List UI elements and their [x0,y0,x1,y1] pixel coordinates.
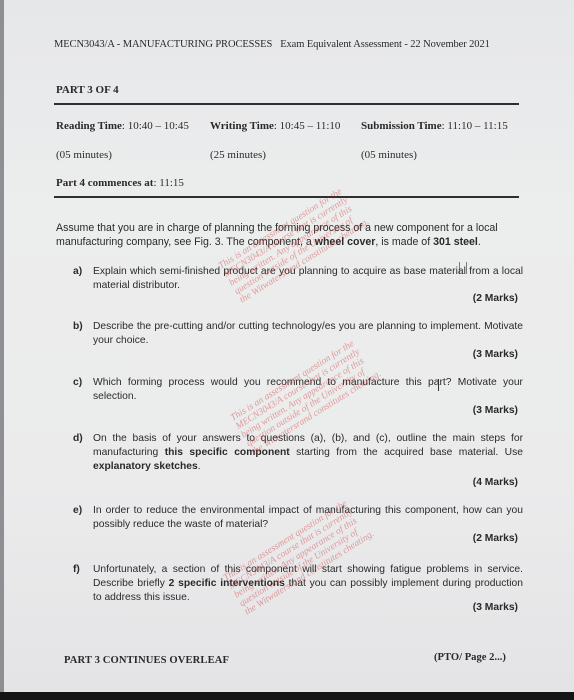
question-a: a) Explain which semi-finished product a… [73,265,523,293]
question-f: f) Unfortunately, a section of this comp… [73,563,523,605]
document-header: MECN3043/A - MANUFACTURING PROCESSESExam… [54,39,490,50]
divider [54,196,519,198]
question-text: On the basis of your answers to question… [93,432,523,474]
divider [54,103,519,105]
writing-duration: (25 minutes) [210,149,266,161]
marks-c: (3 Marks) [473,405,518,416]
question-label: c) [73,376,82,390]
exam-page: MECN3043/A - MANUFACTURING PROCESSESExam… [0,0,574,692]
question-e: e) In order to reduce the environmental … [73,504,523,532]
screen-bezel [0,692,574,700]
text-caret [438,379,439,391]
marks-a: (2 Marks) [473,293,518,304]
question-text: In order to reduce the environmental imp… [93,504,523,532]
question-text: Unfortunately, a section of this compone… [93,563,523,605]
question-label: f) [73,563,80,577]
question-label: b) [73,320,83,334]
question-text: Which forming process would you recommen… [93,376,523,404]
marks-f: (3 Marks) [473,602,518,613]
marks-d: (4 Marks) [473,477,518,488]
part-title: PART 3 OF 4 [56,84,119,96]
marks-e: (2 Marks) [473,533,518,544]
course-title: MECN3043/A - MANUFACTURING PROCESSES [54,39,272,50]
part4-commence: Part 4 commences at: 11:15 [56,177,184,189]
question-c: c) Which forming process would you recom… [73,376,523,404]
reading-time: Reading Time: 10:40 – 10:45 [56,120,189,132]
intro-paragraph: Assume that you are in charge of plannin… [56,221,526,249]
question-b: b) Describe the pre-cutting and/or cutti… [73,320,523,348]
footer-continues: PART 3 CONTINUES OVERLEAF [64,655,229,666]
question-label: d) [73,432,83,446]
question-label: a) [73,265,82,279]
submission-duration: (05 minutes) [361,149,417,161]
question-d: d) On the basis of your answers to quest… [73,432,523,474]
marks-b: (3 Marks) [473,349,518,360]
assessment-title: Exam Equivalent Assessment - 22 November… [280,39,490,50]
text-cursor-icon [459,262,467,274]
question-label: e) [73,504,82,518]
question-text: Describe the pre-cutting and/or cutting … [93,320,523,348]
submission-time: Submission Time: 11:10 – 11:15 [361,120,508,132]
reading-duration: (05 minutes) [56,149,112,161]
footer-page: (PTO/ Page 2...) [434,652,506,663]
writing-time: Writing Time: 10:45 – 11:10 [210,120,340,132]
